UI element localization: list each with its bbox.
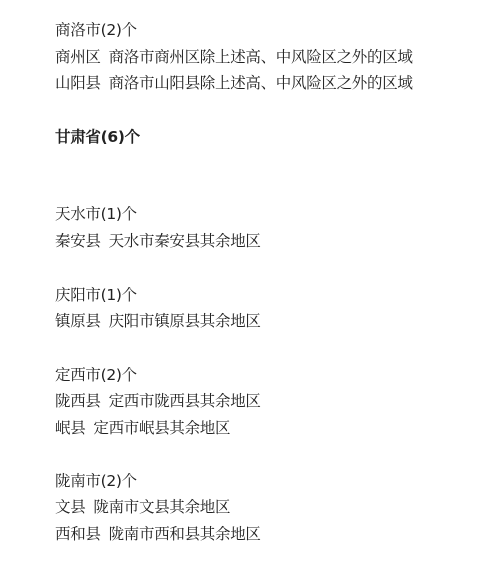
area-description: 庆阳市镇原县其余地区 [109, 312, 261, 330]
list-item: 镇原县庆阳市镇原县其余地区 [55, 311, 261, 331]
district-name: 商州区 [55, 48, 101, 66]
area-description: 商洛市商州区除上述高、中风险区之外的区域 [109, 48, 413, 66]
district-name: 秦安县 [55, 232, 101, 250]
list-item: 秦安县天水市秦安县其余地区 [55, 231, 261, 251]
area-description: 定西市陇西县其余地区 [109, 392, 261, 410]
list-item: 文县陇南市文县其余地区 [55, 497, 230, 517]
province-heading-gansu: 甘肃省(6)个 [55, 127, 140, 147]
district-name: 陇西县 [55, 392, 101, 410]
list-item: 商州区商洛市商州区除上述高、中风险区之外的区域 [55, 47, 413, 67]
city-heading-tianshui: 天水市(1)个 [55, 204, 137, 224]
district-name: 山阳县 [55, 74, 101, 92]
district-name: 西和县 [55, 525, 101, 543]
list-item: 陇西县定西市陇西县其余地区 [55, 391, 261, 411]
area-description: 定西市岷县其余地区 [93, 419, 230, 437]
area-description: 陇南市西和县其余地区 [109, 525, 261, 543]
area-description: 天水市秦安县其余地区 [109, 232, 261, 250]
district-name: 文县 [55, 498, 85, 516]
list-item: 山阳县商洛市山阳县除上述高、中风险区之外的区域 [55, 73, 413, 93]
city-heading-shangluo: 商洛市(2)个 [55, 20, 137, 40]
list-item: 岷县定西市岷县其余地区 [55, 418, 230, 438]
district-name: 镇原县 [55, 312, 101, 330]
area-description: 陇南市文县其余地区 [93, 498, 230, 516]
city-heading-qingyang: 庆阳市(1)个 [55, 285, 137, 305]
area-description: 商洛市山阳县除上述高、中风险区之外的区域 [109, 74, 413, 92]
district-name: 岷县 [55, 419, 85, 437]
city-heading-dingxi: 定西市(2)个 [55, 365, 137, 385]
list-item: 西和县陇南市西和县其余地区 [55, 524, 261, 544]
city-heading-longnan: 陇南市(2)个 [55, 471, 137, 491]
